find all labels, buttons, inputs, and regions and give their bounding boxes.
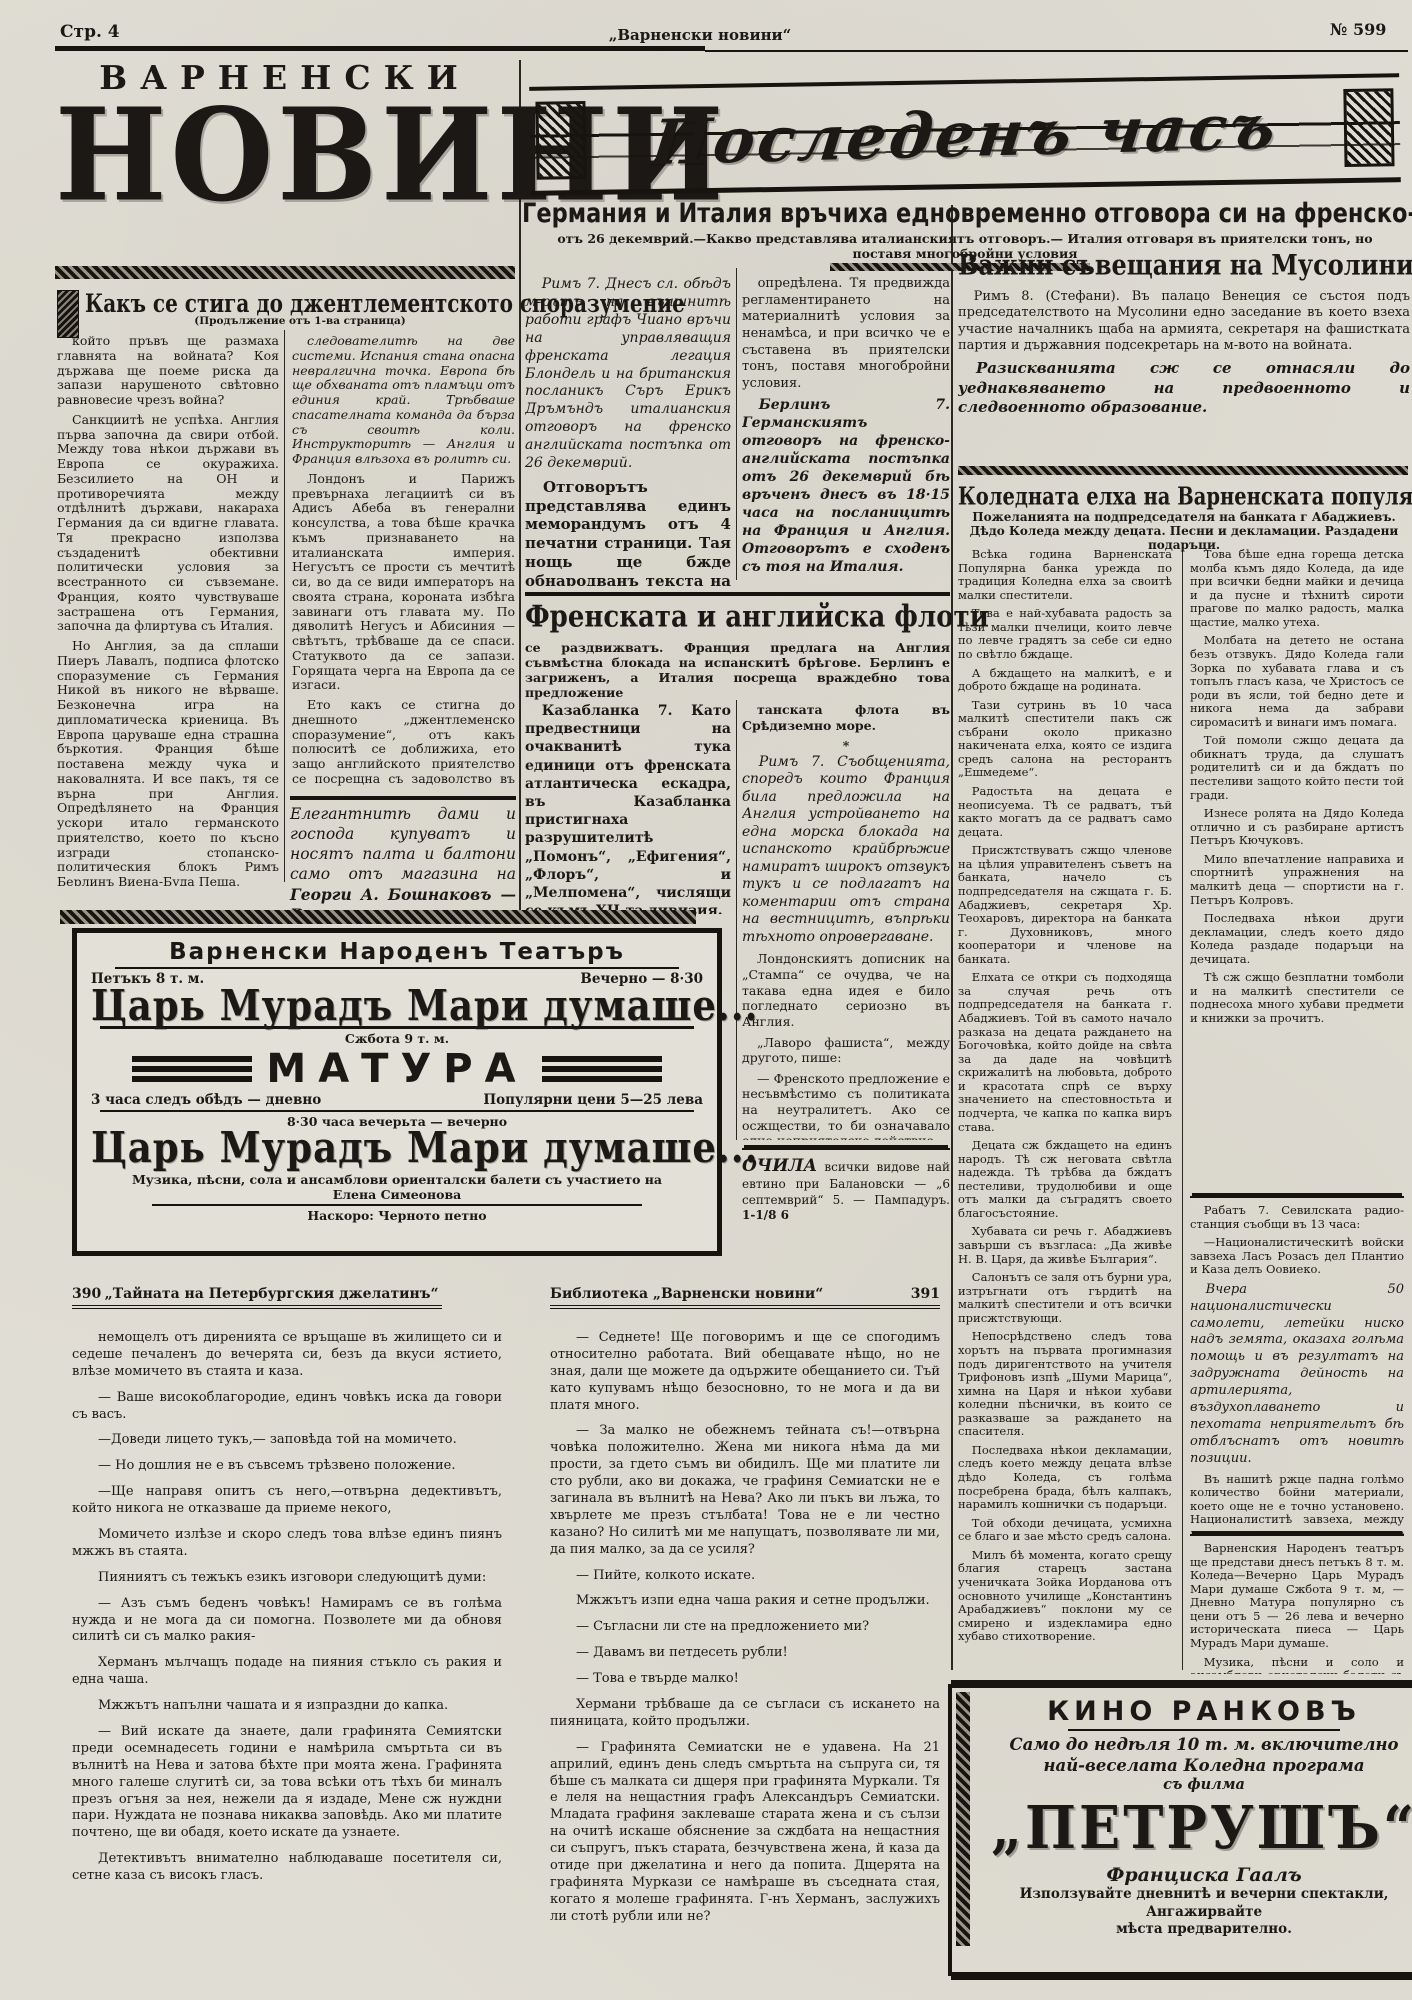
- bank-col1-text: Всѣка година Варненската Популярна банка…: [958, 548, 1172, 1644]
- issue-number: № 599: [1330, 20, 1386, 39]
- paragraph: Херманъ мълчащъ подаде на пияния стъкло …: [72, 1655, 502, 1689]
- divider-lh-cols: [736, 268, 737, 580]
- paragraph: — Пийте, колкото искате.: [550, 1568, 940, 1585]
- paragraph: Въ нашитѣ ржце падна голѣмо количество б…: [1190, 1473, 1404, 1534]
- bank-title: Коледната елха на Варненската популярна …: [958, 482, 1410, 511]
- paragraph: Но Англия, за да сплаши Пиеръ Лавалъ, по…: [57, 639, 279, 886]
- fleets-column-2: танската флота въ Срѣдиземно море. * Рим…: [742, 702, 950, 1140]
- paragraph: Лондонъ и Парижъ превърнаха легациитѣ си…: [292, 472, 515, 693]
- lh-col1-italic: Римъ 7. Днесъ сл. обѣдъ м-рътъ на външни…: [525, 276, 731, 473]
- divider-bank-cols: [1182, 548, 1183, 1670]
- last-hour-banner: Последенъ часъ: [529, 73, 1401, 196]
- fleets-column-1: Казабланка 7. Като предвестници на очакв…: [525, 702, 731, 914]
- paragraph: Хубавата си речь г. Абаджиевъ завърши съ…: [958, 1225, 1172, 1266]
- masthead-line2: НОВИНИ: [55, 97, 515, 214]
- last-hour-banner-title: Последенъ часъ: [648, 89, 1282, 179]
- fleets-subhead: се раздвижватъ. Франция предлага на Англ…: [525, 640, 950, 700]
- cinema-ad: КИНО РАНКОВЪ Само до недѣля 10 т. м. вкл…: [948, 1684, 1412, 1976]
- header-rule-right: [705, 50, 1408, 52]
- theatre-show3: Царь Мурадъ Мари думаше...: [91, 1126, 703, 1169]
- paragraph: Последваха нѣкои други декламации, следъ…: [1190, 912, 1404, 966]
- paragraph: Римъ 7. Съобщенията, споредъ които Франц…: [742, 754, 950, 947]
- bank-subhead: Пожеланията на подпредседателя на банкат…: [958, 510, 1410, 552]
- lh-col2-italic: Берлинъ 7. Германскиятъ отговоръ на френ…: [742, 397, 950, 576]
- divider-mid-right: [951, 205, 953, 1670]
- cinema-rule: [1068, 1729, 1339, 1731]
- lead-column-2: следователитѣ на две системи. Испания ст…: [292, 334, 515, 786]
- bank-column-1: Всѣка година Варненската Популярна банка…: [958, 548, 1172, 1666]
- paragraph: Мжжътъ напълни чашата и я изпраздни до к…: [72, 1698, 502, 1715]
- theatre-show1: Царь Мурадъ Мари думаше...: [91, 984, 703, 1027]
- fleets-col2-more: Лондонскиятъ дописник на „Стампа“ се очу…: [742, 951, 950, 1140]
- paragraph: А бждащето на малкитѣ, е и доброто бждащ…: [958, 667, 1172, 694]
- paragraph: Казабланка 7. Като предвестници на очакв…: [525, 702, 731, 914]
- novel-column-1: немощелъ отъ диренията се връщаше въ жил…: [72, 1330, 502, 1970]
- cinema-star: Франциска Гаалъ: [978, 1864, 1412, 1886]
- novel-header-left: 390 „Тайната на Петербургския джелатинъ“: [72, 1286, 442, 1309]
- paragraph: Мжжътъ изпи една чаша ракия и сетне прод…: [550, 1593, 940, 1610]
- cinema-left-ornament: [956, 1692, 970, 1946]
- paragraph: Последваха нѣкои декламации, следъ което…: [958, 1444, 1172, 1512]
- paragraph: Радостьта на децата е неописуема. Тѣ се …: [958, 785, 1172, 839]
- theatre-ad-title: Варненски Народенъ Театъръ: [91, 939, 703, 965]
- lead-col2-text: Лондонъ и Парижъ превърнаха легациитѣ си…: [292, 472, 515, 786]
- paragraph: Това е най-хубавата радость за тѣзи малк…: [958, 607, 1172, 661]
- last-hour-column-1: Римъ 7. Днесъ сл. обѣдъ м-рътъ на външни…: [525, 276, 731, 586]
- rabat-text: Рабатъ 7. Севилската радио-станция съобщ…: [1190, 1204, 1404, 1277]
- paragraph: „Лаворо фашиста“, между другото, пише:: [742, 1035, 950, 1066]
- banner-ornament-right: [1343, 88, 1394, 167]
- paragraph: Варненския Народенъ театъръ ще представи…: [1190, 1542, 1404, 1651]
- paragraph: — Ваше високоблагородие, единъ човѣкъ ис…: [72, 1390, 502, 1424]
- bank-col2-text: Това бѣше една гореща детска молба къмъ …: [1190, 548, 1404, 1026]
- theatre-rule-3: [100, 1110, 694, 1112]
- masthead: ВАРНЕНСКИ НОВИНИ: [55, 58, 515, 206]
- novel-col2-text: — Седнете! Ще поговоримъ и ще се спогоди…: [550, 1330, 940, 1926]
- paragraph: — Давамъ ви петдесеть рубли!: [550, 1645, 940, 1662]
- cinema-line1: Само до недѣля 10 т. м. включително: [978, 1735, 1412, 1756]
- paragraph: Това бѣше една гореща детска молба къмъ …: [1190, 548, 1404, 629]
- bank-column-2: Това бѣше една гореща детска молба къмъ …: [1190, 548, 1404, 1188]
- lead-col1-text: който пръвъ ще размаха главнята на война…: [57, 334, 279, 886]
- paragraph: — Френското предложение е несъвмѣстимо с…: [742, 1071, 950, 1140]
- theatre-rule-1: [115, 967, 678, 969]
- paragraph: Мило впечатление направиха и спортнитѣ у…: [1190, 853, 1404, 907]
- paragraph: който пръвъ ще размаха главнята на война…: [57, 334, 279, 408]
- paragraph: Момичето излѣзе и скоро следъ това влѣзе…: [72, 1527, 502, 1561]
- paragraph: — Съгласни ли сте на предложението ми?: [550, 1619, 940, 1636]
- cinema-title: КИНО РАНКОВЪ: [978, 1696, 1412, 1727]
- fleets-star-separator: *: [742, 738, 950, 754]
- novel-title-left: „Тайната на Петербургския джелатинъ“: [105, 1286, 439, 1302]
- last-hour-column-2: опредѣлена. Тя предвижда регламентиранет…: [742, 276, 950, 586]
- theatre-matinee: 3 часа следъ обѣдъ — дневно: [91, 1092, 321, 1108]
- paragraph: Елхата се откри съ подходяща за случая р…: [958, 971, 1172, 1134]
- paragraph: Санкциитѣ не успѣха. Англия първа започн…: [57, 413, 279, 634]
- lead-col2-italic-text: следователитѣ на две системи. Испания ст…: [292, 334, 515, 467]
- paragraph: Салонътъ се заля отъ бурни ура, изтръгна…: [958, 1271, 1172, 1325]
- novel-header-right: Библиотека „Варненски новини“ 391: [550, 1286, 940, 1309]
- theatre-cast1: Музика, пѣсни, сола и ансамблови ориента…: [91, 1172, 703, 1187]
- theatre-cast2: Елена Симеонова: [91, 1187, 703, 1202]
- paragraph: Той помоли сжщо децата да обикнатъ труда…: [1190, 734, 1404, 802]
- paragraph: Лондонскиятъ дописник на „Стампа“ се очу…: [742, 951, 950, 1029]
- fleets-col2-italic: Римъ 7. Съобщенията, споредъ които Франц…: [742, 754, 950, 947]
- cinema-note1: Използувайте дневнитѣ и вечерни спектакл…: [978, 1886, 1412, 1921]
- last-hour-headline: Германия и Италия връчиха едновременно о…: [522, 198, 1408, 229]
- paragraph: Ето какъ се стигна до днешното „джентлем…: [292, 698, 515, 786]
- paragraph: Децата сж бждащето на единъ народъ. Тѣ с…: [958, 1139, 1172, 1220]
- theatre-soon: Наскоро: Черното петно: [91, 1208, 703, 1223]
- novel-title-right: Библиотека „Варненски новини“: [550, 1286, 823, 1302]
- paragraph: Всѣка година Варненската Популярна банка…: [958, 548, 1172, 602]
- theatre-rule-4: [152, 1204, 642, 1206]
- header-rule-left: [55, 46, 705, 51]
- newspaper-page: Стр. 4 „Варненски новини“ № 599 ВАРНЕНСК…: [0, 0, 1412, 2000]
- lead-subtitle: (Продължение отъ 1-ва страница): [85, 315, 515, 327]
- mussolini-title: Важни съвещания на Мусолини: [958, 248, 1410, 281]
- lead-title: Какъ се стига до джентлементското спораз…: [85, 288, 515, 318]
- paragraph: — За малко не обежнемъ тейната съ!—отвър…: [550, 1423, 940, 1558]
- paragraph: Отговорътъ представлява единъ меморандум…: [525, 478, 731, 586]
- mussolini-bottom-bar: [958, 466, 1408, 475]
- paragraph: — Но дошлия не е въ съвсемъ трѣзвено пол…: [72, 1458, 502, 1475]
- rabat-text-2: Въ нашитѣ ржце падна голѣмо количество б…: [1190, 1473, 1404, 1534]
- glasses-ad: ОЧИЛА всички видове най евтино при Балан…: [742, 1148, 950, 1224]
- theatre-show2: МАТУРА: [266, 1046, 527, 1092]
- paragraph: Разискванията сж се отнасяли до уеднаквя…: [958, 359, 1410, 418]
- banner-ornament-left: [535, 101, 586, 180]
- paragraph: — Азъ съмъ беденъ човѣкъ! Намирамъ се въ…: [72, 1596, 502, 1647]
- rabat-section: Рабатъ 7. Севилската радио-станция съобщ…: [1190, 1196, 1404, 1534]
- paragraph: Пияниятъ съ тежъкъ езикъ изговори следую…: [72, 1570, 502, 1587]
- paragraph: —Националистическитѣ войски завзеха Ласъ…: [1190, 1236, 1404, 1277]
- cinema-line2: най-веселата Коледна програма: [978, 1756, 1412, 1777]
- paragraph: Берлинъ 7. Германскиятъ отговоръ на френ…: [742, 397, 950, 576]
- paragraph: немощелъ отъ диренията се връщаше въ жил…: [72, 1330, 502, 1381]
- paragraph: Изнесе ролята на Дядо Коледа отлично и с…: [1190, 807, 1404, 848]
- theatre-notice: Варненския Народенъ театъръ ще представи…: [1190, 1534, 1404, 1674]
- mussolini-italic: Разискванията сж се отнасяли до уеднаквя…: [958, 359, 1410, 418]
- page-number: Стр. 4: [60, 22, 120, 42]
- paragraph: Музика, пѣсни и соло и ансамблови ориета…: [1190, 1656, 1404, 1675]
- rabat-italic: Вчера 50 националистически самолети, лет…: [1190, 1282, 1404, 1468]
- paragraph: — Това е твърде малко!: [550, 1671, 940, 1688]
- novel-col1-text: немощелъ отъ диренията се връщаше въ жил…: [72, 1330, 502, 1885]
- mussolini-text: Римъ 8. (Стефани). Въ палацо Венеция се …: [958, 289, 1410, 354]
- paragraph: —Ще направя опитъ съ него,—отвърна дедек…: [72, 1484, 502, 1518]
- lead-ornament: [57, 290, 79, 338]
- matura-bars-right: [542, 1056, 662, 1082]
- paragraph: Присжтствуватъ сжщо членове на цѣлия упр…: [958, 844, 1172, 966]
- paragraph: Детективътъ внимателно наблюдаваше посет…: [72, 1851, 502, 1885]
- cinema-film-title: „ПЕТРУШЪ“: [978, 1798, 1412, 1857]
- fleets-col1-lead: Казабланка 7. Като предвестници на очакв…: [525, 702, 731, 914]
- paragraph: танската флота въ Срѣдиземно море.: [742, 702, 950, 733]
- paragraph: опредѣлена. Тя предвижда регламентиранет…: [742, 276, 950, 392]
- paragraph: — Седнете! Ще поговоримъ и ще се спогоди…: [550, 1330, 940, 1414]
- cinema-note2: мѣста предварително.: [978, 1921, 1412, 1939]
- divider-fleet-cols: [736, 700, 737, 1140]
- mussolini-section: Важни съвещания на Мусолини Римъ 8. (Сте…: [958, 248, 1410, 423]
- paragraph: Рабатъ 7. Севилската радио-станция съобщ…: [1190, 1204, 1404, 1231]
- paragraph: Римъ 8. (Стефани). Въ палацо Венеция се …: [958, 289, 1410, 354]
- paragraph: Той обходи дечицата, усмихна се благо и …: [958, 1517, 1172, 1544]
- divider-lead-cols: [284, 330, 285, 882]
- novel-page-left: 390: [72, 1286, 101, 1302]
- theatre-notice-text: Варненския Народенъ театъръ ще представи…: [1190, 1542, 1404, 1674]
- masthead-hatch-bar: [55, 266, 515, 279]
- paragraph: Тази сутринь въ 10 часа малкитѣ спестите…: [958, 699, 1172, 780]
- paragraph: Милъ бѣ момента, когато срещу благия ста…: [958, 1549, 1172, 1644]
- paragraph: Римъ 7. Днесъ сл. обѣдъ м-рътъ на външни…: [525, 276, 731, 473]
- lead-column-1: който пръвъ ще размаха главнята на война…: [57, 334, 279, 886]
- matura-bars-left: [132, 1056, 252, 1082]
- paragraph: —Доведи лицето тукъ,— заповѣда той на мо…: [72, 1432, 502, 1449]
- lh-col1-bold: Отговорътъ представлява единъ меморандум…: [525, 478, 731, 586]
- fleets-title: Френската и английска флоти: [525, 600, 950, 635]
- fleets-col2-lead: танската флота въ Срѣдиземно море.: [742, 702, 950, 733]
- novel-column-2: — Седнете! Ще поговоримъ и ще се спогоди…: [550, 1330, 940, 1970]
- paragraph: Тѣ сж сжщо безплатни томболи и на малкит…: [1190, 971, 1404, 1025]
- theatre-prices: Популярни цени 5—25 лева: [483, 1092, 703, 1108]
- paragraph: — Графинята Семиатски не е удавена. На 2…: [550, 1740, 940, 1926]
- theatre-ad-top-bar: [60, 910, 696, 924]
- theatre-ad: Варненски Народенъ Театъръ Петъкъ 8 т. м…: [72, 928, 722, 1256]
- paragraph: Хермани трѣбваше да се съгласи съ искане…: [550, 1697, 940, 1731]
- novel-page-right: 391: [911, 1286, 940, 1302]
- paragraph: следователитѣ на две системи. Испания ст…: [292, 334, 515, 467]
- lh-col2-text: опредѣлена. Тя предвижда регламентиранет…: [742, 276, 950, 392]
- paragraph: Непосрѣдствено следъ това хорътъ на първ…: [958, 1330, 1172, 1439]
- fleets-section: Френската и английска флоти се раздвижва…: [525, 592, 950, 700]
- clothing-ad-text: Елегантнитѣ дами и господа купуватъ и но…: [290, 805, 516, 883]
- paragraph: Молбата на детето не остана безъ отзвукъ…: [1190, 634, 1404, 729]
- paragraph: Вчера 50 националистически самолети, лет…: [1190, 1282, 1404, 1468]
- theatre-day2: Сжбота 9 т. м.: [91, 1031, 703, 1046]
- glasses-ad-code: 1-1/8 6: [742, 1208, 789, 1222]
- running-title: „Варненски новини“: [560, 26, 840, 44]
- paragraph: — Вий искате да знаете, дали графинята С…: [72, 1724, 502, 1842]
